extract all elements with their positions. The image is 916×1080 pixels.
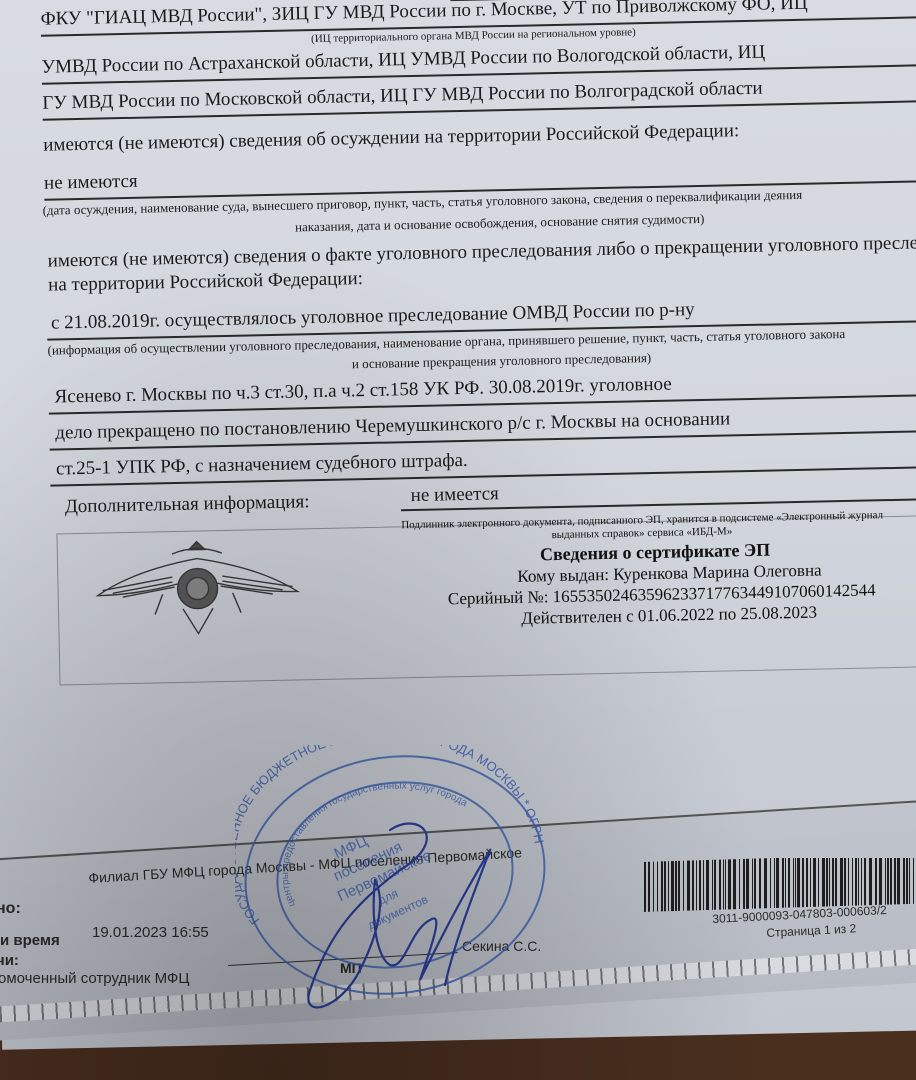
datetime-label-2: чи:	[0, 952, 19, 969]
prosecution-value-3: дело прекращено по постановлению Черемуш…	[55, 408, 730, 444]
prosecution-caption-2: и основание прекращения уголовного пресл…	[352, 350, 652, 372]
prosecution-label-1: имеются (не имеются) сведения о факте уг…	[47, 231, 916, 273]
datetime-label: и время	[0, 932, 60, 949]
conviction-label: имеются (не имеются) сведения об осужден…	[43, 120, 739, 157]
authority-line-3: ГУ МВД России по Московской области, ИЦ …	[42, 78, 763, 115]
conviction-caption-2: наказания, дата и основание освобождения…	[295, 211, 705, 236]
conviction-value: не имеются	[44, 171, 138, 195]
issued-by-label: но:	[0, 900, 21, 918]
authority-line-2: УМВД России по Астраханской области, ИЦ …	[41, 42, 765, 79]
handwritten-signature-icon	[280, 810, 500, 1020]
additional-info-label: Дополнительная информация:	[65, 491, 310, 518]
datetime-value: 19.01.2023 16:55	[92, 924, 209, 941]
prosecution-value-1: с 21.08.2019г. осуществлялось уголовное …	[51, 299, 695, 334]
mvd-eagle-emblem-icon	[91, 531, 303, 640]
employee-label: омоченный сотрудник МФЦ	[0, 970, 189, 987]
prosecution-label-2: на территории Российской Федерации:	[48, 268, 363, 297]
prosecution-value-4: ст.25-1 УПК РФ, с назначением судебного …	[56, 450, 468, 481]
additional-info-value: не имеется	[410, 483, 499, 507]
